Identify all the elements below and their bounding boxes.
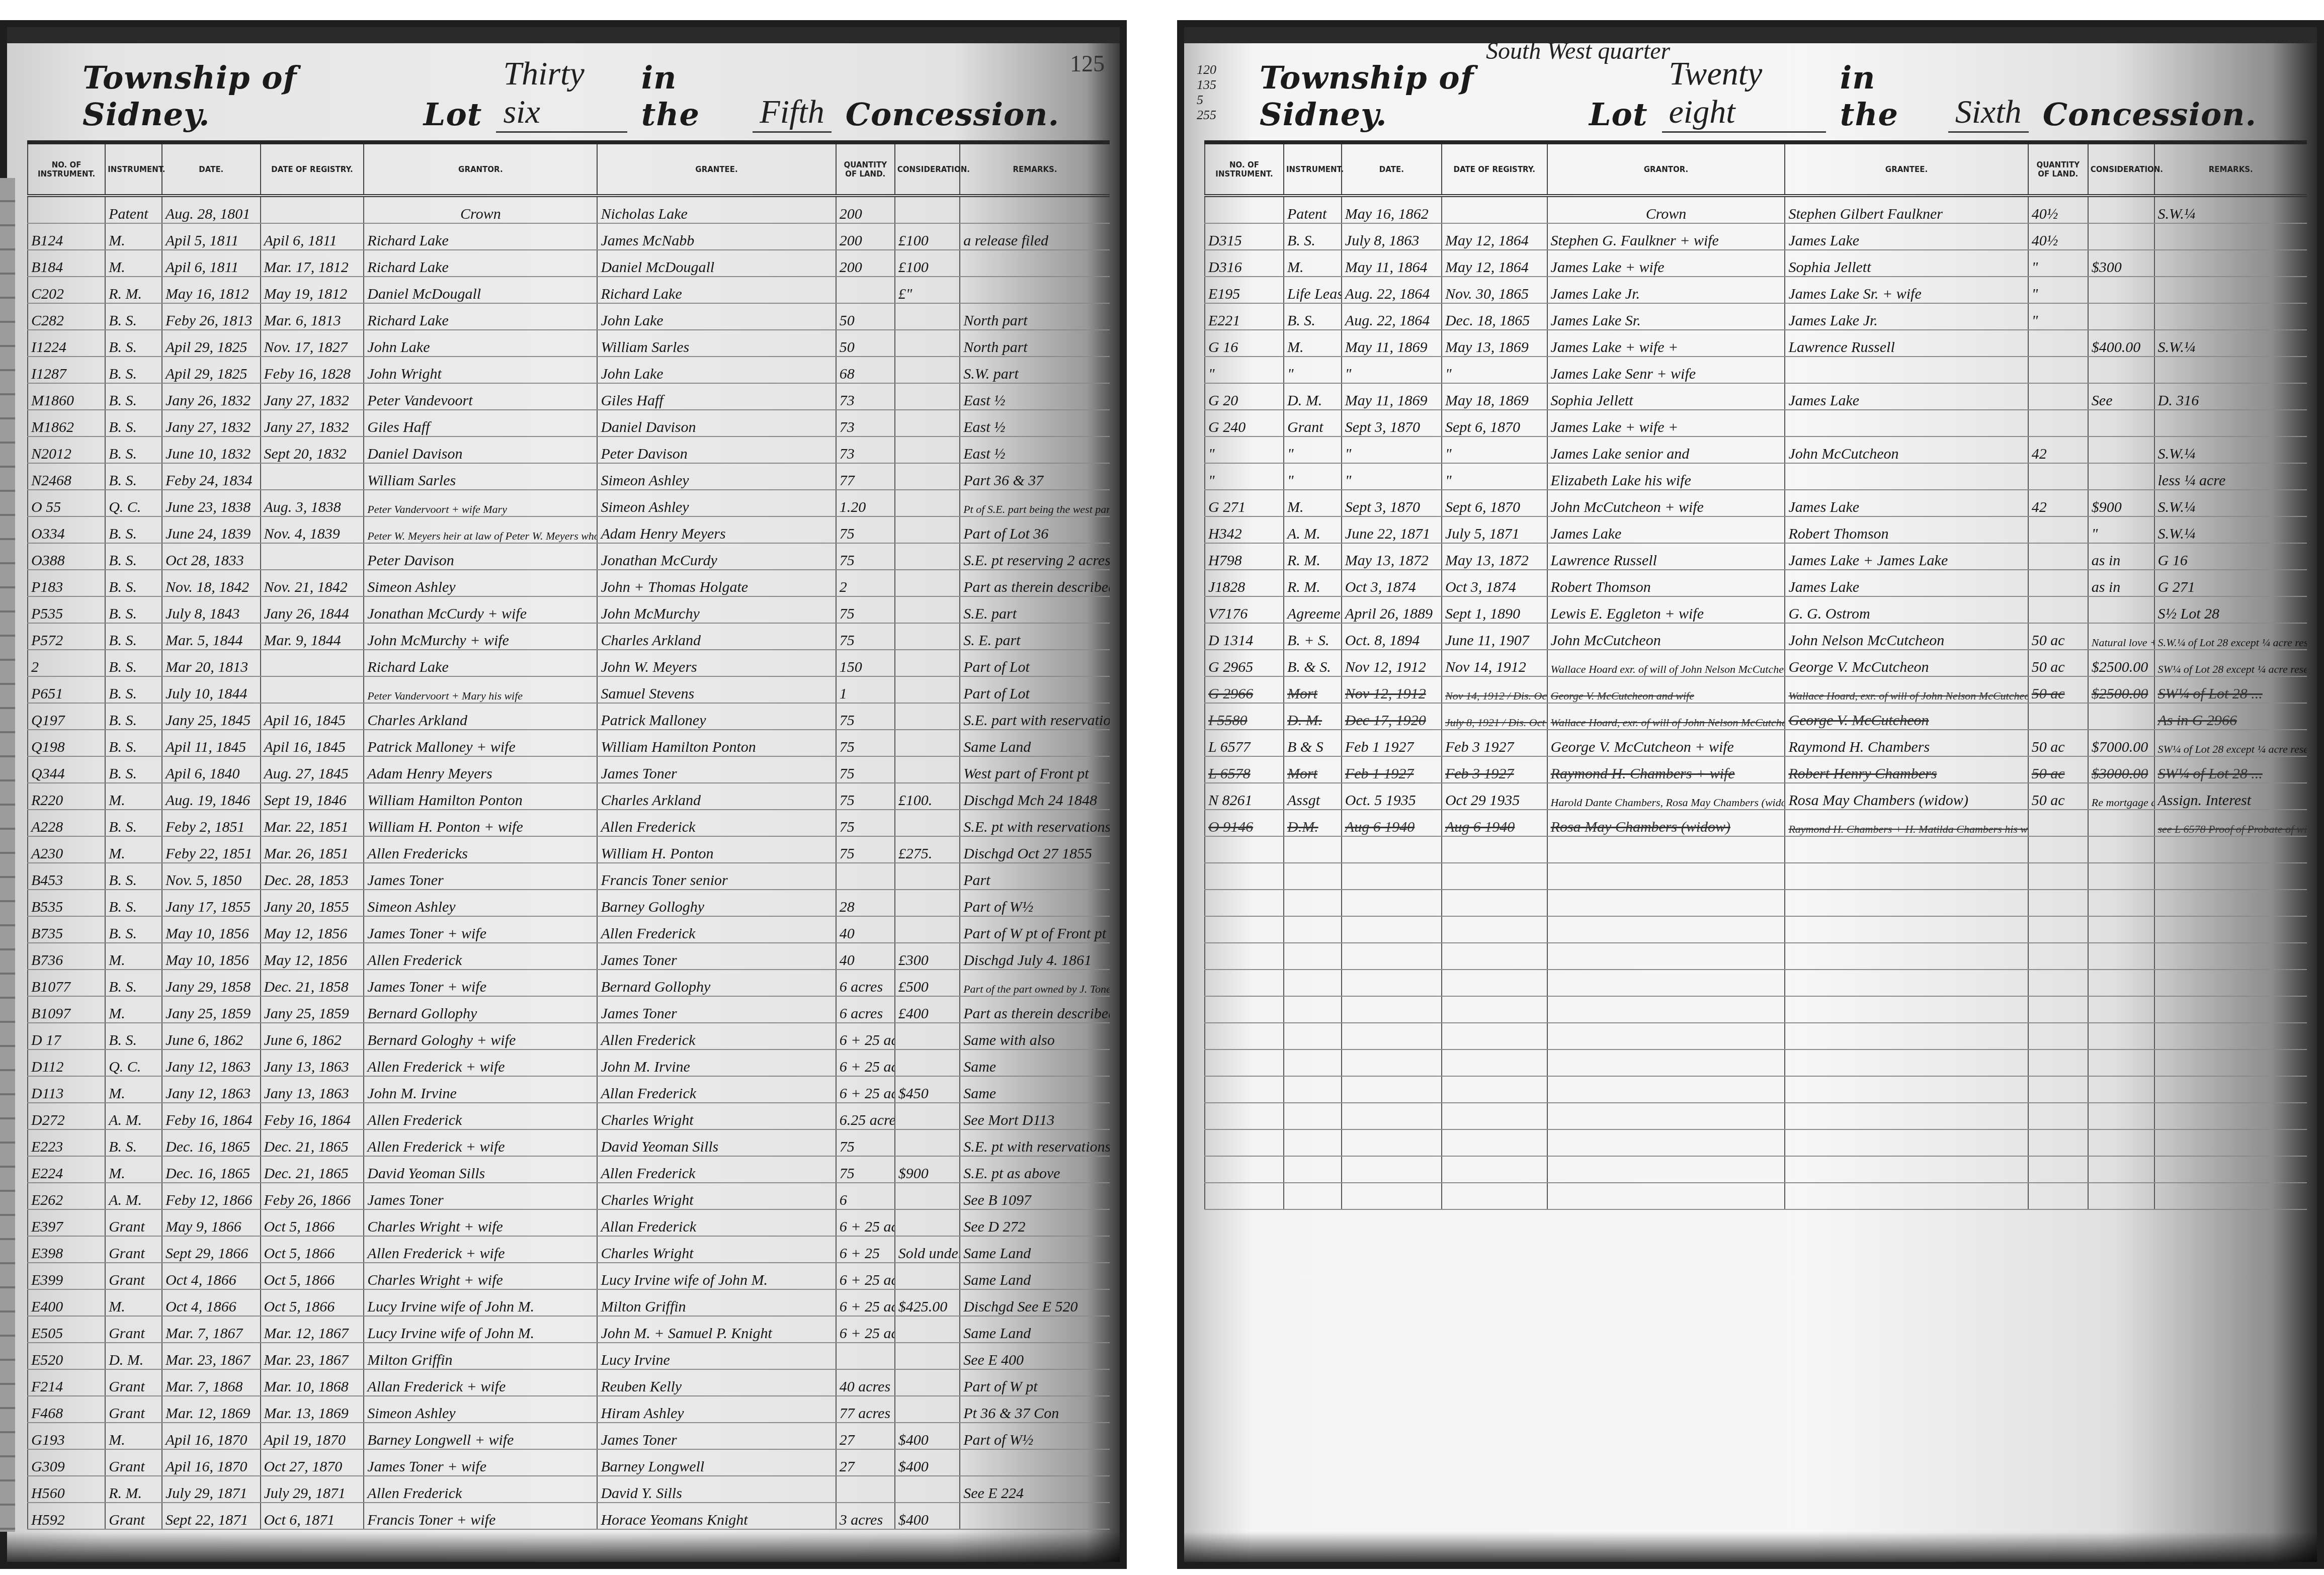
ledger-row: M1860B. S.Jany 26, 1832Jany 27, 1832Pete…	[28, 383, 1110, 410]
cell-remarks: SW¼ of Lot 28 except ¼ acre reserved by …	[2154, 730, 2307, 756]
cell-grantee: Peter Davison	[597, 436, 836, 463]
cell-date: Apil 29, 1825	[162, 330, 260, 357]
column-header-quantity: Quantity of Land.	[2028, 142, 2088, 196]
cell-quantity: 73	[836, 436, 895, 463]
cell-date: "	[1342, 463, 1442, 490]
lot-value: Twenty eight	[1662, 55, 1826, 133]
cell-grantee: James Toner	[597, 943, 836, 970]
cell-date: Jany 12, 1863	[162, 1076, 260, 1103]
cell-consideration: $400	[895, 1503, 960, 1529]
cell-grantor: Allen Frederick	[364, 1476, 597, 1503]
cell-consideration	[895, 303, 960, 330]
cell-instrument-type: "	[1284, 436, 1342, 463]
cell-instrument-number: E400	[28, 1289, 105, 1316]
empty-ledger-row	[1205, 996, 2307, 1023]
cell-instrument-number: B735	[28, 916, 105, 943]
cell-instrument-type: M.	[105, 1423, 162, 1449]
cell-registry-date: June 11, 1907	[1442, 623, 1547, 650]
cell-instrument-type: B. S.	[105, 383, 162, 410]
cell-instrument-number: O334	[28, 516, 105, 543]
cell-remarks: Pt 36 & 37 Con	[960, 1396, 1110, 1423]
cell-quantity: 6 + 25 acres	[836, 1289, 895, 1316]
ledger-page-right: South West quarter 1201355255 Township o…	[1177, 20, 2324, 1569]
cell-quantity	[2028, 383, 2088, 410]
cell-grantee: David Yeoman Sills	[597, 1129, 836, 1156]
cell-consideration: $2500.00	[2088, 676, 2154, 703]
cell-instrument-type: B. S.	[105, 650, 162, 676]
cell-quantity: 6 acres	[836, 996, 895, 1023]
cell-grantee: James Lake	[1785, 490, 2028, 516]
cell-grantee: Patrick Malloney	[597, 703, 836, 730]
cell-grantor: James Toner + wife	[364, 1449, 597, 1476]
ledger-row: A228B. S.Feby 2, 1851Mar. 22, 1851Willia…	[28, 810, 1110, 836]
cell-grantee: James Lake + James Lake	[1785, 543, 2028, 570]
cell-quantity: 50 ac	[2028, 623, 2088, 650]
cell-grantor: John McCutcheon	[1547, 623, 1785, 650]
ledger-row: D113M.Jany 12, 1863Jany 13, 1863John M. …	[28, 1076, 1110, 1103]
margin-number: 255	[1197, 108, 1216, 123]
cell-instrument-number: E221	[1205, 303, 1284, 330]
cell-grantee: James McNabb	[597, 223, 836, 250]
cell-consideration: £100.	[895, 783, 960, 810]
cell-date: Oct 28, 1833	[162, 543, 260, 570]
cell-remarks: SW¼ of Lot 28 ...	[2154, 756, 2307, 783]
cell-remarks: see L 6578 Proof of Probate of will of R…	[2154, 810, 2307, 836]
cell-grantor: Charles Wright + wife	[364, 1263, 597, 1289]
cell-grantee: James Lake Jr.	[1785, 303, 2028, 330]
cell-consideration	[2088, 357, 2154, 383]
cell-registry-date: Jany 27, 1832	[261, 410, 364, 436]
cell-grantee: Bernard Gollophy	[597, 970, 836, 996]
cell-consideration	[895, 1183, 960, 1209]
column-header-consideration: Consideration.	[895, 142, 960, 196]
ledger-row: B184M.Apil 6, 1811Mar. 17, 1812Richard L…	[28, 250, 1110, 277]
cell-date: Mar. 7, 1868	[162, 1369, 260, 1396]
cell-date: Jany 29, 1858	[162, 970, 260, 996]
cell-consideration	[895, 330, 960, 357]
cell-grantee: Adam Henry Meyers	[597, 516, 836, 543]
cell-remarks: Part 36 & 37	[960, 463, 1110, 490]
cell-instrument-type: A. M.	[1284, 516, 1342, 543]
cell-date: Mar 20, 1813	[162, 650, 260, 676]
cell-consideration: $900	[2088, 490, 2154, 516]
cell-grantor: James Lake Senr + wife	[1547, 357, 1785, 383]
cell-quantity: 42	[2028, 436, 2088, 463]
cell-grantor: William H. Ponton + wife	[364, 810, 597, 836]
cell-instrument-type: Life Lease	[1284, 277, 1342, 303]
in-the-label: in the	[1840, 59, 1934, 133]
cell-consideration	[895, 1396, 960, 1423]
cell-consideration: See	[2088, 383, 2154, 410]
cell-quantity	[836, 277, 895, 303]
cell-grantee: Daniel McDougall	[597, 250, 836, 277]
cell-grantor: Patrick Malloney + wife	[364, 730, 597, 756]
cell-registry-date: Nov 14, 1912	[1442, 650, 1547, 676]
cell-grantee	[1785, 357, 2028, 383]
ledger-row: P651B. S.July 10, 1844Peter Vandervoort …	[28, 676, 1110, 703]
cell-consideration: as in	[2088, 543, 2154, 570]
cell-instrument-type: M.	[1284, 330, 1342, 357]
cell-consideration	[895, 357, 960, 383]
ledger-row: E397GrantMay 9, 1866Oct 5, 1866Charles W…	[28, 1209, 1110, 1236]
cell-instrument-number: B1077	[28, 970, 105, 996]
concession-label: Concession.	[2043, 96, 2257, 133]
ledger-row: G 20D. M.May 11, 1869May 18, 1869Sophia …	[1205, 383, 2307, 410]
page-top-shadow	[7, 27, 1120, 43]
cell-grantee: Simeon Ashley	[597, 463, 836, 490]
cell-grantor: Francis Toner + wife	[364, 1503, 597, 1529]
cell-instrument-type: Assgt	[1284, 783, 1342, 810]
cell-date: Apil 29, 1825	[162, 357, 260, 383]
cell-registry-date: Nov. 21, 1842	[261, 570, 364, 596]
cell-grantor: Raymond H. Chambers + wife	[1547, 756, 1785, 783]
cell-quantity: 6 + 25 acres	[836, 1263, 895, 1289]
ledger-row: G 271M.Sept 3, 1870Sept 6, 1870John McCu…	[1205, 490, 2307, 516]
cell-date: Oct. 5 1935	[1342, 783, 1442, 810]
cell-instrument-number: P651	[28, 676, 105, 703]
cell-instrument-number: E505	[28, 1316, 105, 1343]
cell-grantor: James Lake Sr.	[1547, 303, 1785, 330]
cell-date: Nov 12, 1912	[1342, 676, 1442, 703]
cell-registry-date: Mar. 12, 1867	[261, 1316, 364, 1343]
cell-remarks: Part of W pt	[960, 1369, 1110, 1396]
cell-registry-date	[261, 543, 364, 570]
cell-consideration	[895, 1476, 960, 1503]
ledger-row: Q198B. S.Apil 11, 1845Apil 16, 1845Patri…	[28, 730, 1110, 756]
concession-value: Fifth	[753, 93, 831, 133]
cell-remarks	[960, 277, 1110, 303]
cell-consideration: £275.	[895, 836, 960, 863]
cell-instrument-type: R. M.	[1284, 543, 1342, 570]
cell-grantee: Lawrence Russell	[1785, 330, 2028, 357]
cell-remarks: G 271	[2154, 570, 2307, 596]
concession-value: Sixth	[1948, 93, 2029, 133]
page-bottom-shadow	[7, 1532, 1120, 1562]
ledger-row: N2468B. S.Feby 24, 1834William SarlesSim…	[28, 463, 1110, 490]
cell-grantor: James Toner	[364, 863, 597, 890]
cell-instrument-type: B. S.	[105, 863, 162, 890]
cell-instrument-number: I 5580	[1205, 703, 1284, 730]
cell-date: Apil 11, 1845	[162, 730, 260, 756]
cell-instrument-number	[28, 196, 105, 223]
empty-ledger-row	[1205, 836, 2307, 863]
cell-grantee: William H. Ponton	[597, 836, 836, 863]
cell-grantee: Wallace Hoard, exr. of will of John Nels…	[1785, 676, 2028, 703]
cell-remarks: See Mort D113	[960, 1103, 1110, 1129]
cell-instrument-type: B. S.	[105, 543, 162, 570]
cell-instrument-number: H342	[1205, 516, 1284, 543]
cell-remarks: SW¼ of Lot 28 except ¼ acre reserved by …	[2154, 650, 2307, 676]
column-header-instrument-type: Instrument.	[1284, 142, 1342, 196]
cell-grantee: Raymond H. Chambers	[1785, 730, 2028, 756]
cell-instrument-type: B. S.	[105, 970, 162, 996]
column-header-quantity: Quantity of Land.	[836, 142, 895, 196]
cell-registry-date: Dec. 18, 1865	[1442, 303, 1547, 330]
cell-quantity: 50 ac	[2028, 730, 2088, 756]
cell-remarks	[2154, 303, 2307, 330]
column-header-grantee: Grantee.	[597, 142, 836, 196]
cell-grantee: John + Thomas Holgate	[597, 570, 836, 596]
cell-grantee: John M. + Samuel P. Knight	[597, 1316, 836, 1343]
ledger-row: """"James Lake Senr + wife	[1205, 357, 2307, 383]
cell-quantity: 75	[836, 836, 895, 863]
ledger-row: P535B. S.July 8, 1843Jany 26, 1844Jonath…	[28, 596, 1110, 623]
cell-quantity: "	[2028, 277, 2088, 303]
ledger-row: H592GrantSept 22, 1871Oct 6, 1871Francis…	[28, 1503, 1110, 1529]
cell-quantity: 6 + 25 acres	[836, 1316, 895, 1343]
ledger-row: Q197B. S.Jany 25, 1845Apil 16, 1845Charl…	[28, 703, 1110, 730]
cell-remarks: Dischgd See E 520	[960, 1289, 1110, 1316]
cell-grantor: Crown	[364, 196, 597, 223]
cell-instrument-type: B. S.	[105, 357, 162, 383]
ledger-row: E399GrantOct 4, 1866Oct 5, 1866Charles W…	[28, 1263, 1110, 1289]
cell-instrument-number: H798	[1205, 543, 1284, 570]
cell-grantor: Lucy Irvine wife of John M.	[364, 1289, 597, 1316]
cell-grantee: John McCutcheon	[1785, 436, 2028, 463]
cell-date: May 11, 1869	[1342, 330, 1442, 357]
cell-consideration	[2088, 810, 2154, 836]
cell-date: Aug. 28, 1801	[162, 196, 260, 223]
cell-instrument-type: Grant	[105, 1236, 162, 1263]
township-label: Township of Sidney.	[82, 59, 409, 133]
cell-instrument-type: R. M.	[105, 277, 162, 303]
cell-consideration	[895, 756, 960, 783]
cell-remarks: Pt of S.E. part being the west part of t…	[960, 490, 1110, 516]
cell-quantity: 200	[836, 196, 895, 223]
cell-instrument-number: N2012	[28, 436, 105, 463]
cell-instrument-type: Patent	[1284, 196, 1342, 223]
cell-grantee: John Lake	[597, 303, 836, 330]
cell-registry-date: Oct 27, 1870	[261, 1449, 364, 1476]
cell-instrument-type: B. S.	[105, 330, 162, 357]
cell-grantor: Bernard Gologhy + wife	[364, 1023, 597, 1049]
cell-quantity: 200	[836, 223, 895, 250]
cell-instrument-type: M.	[105, 250, 162, 277]
empty-ledger-row	[1205, 890, 2307, 916]
ledger-row: P183B. S.Nov. 18, 1842Nov. 21, 1842Simeo…	[28, 570, 1110, 596]
cell-instrument-number: F468	[28, 1396, 105, 1423]
cell-date: June 24, 1839	[162, 516, 260, 543]
cell-grantee: Robert Henry Chambers	[1785, 756, 2028, 783]
cell-consideration: $900	[895, 1156, 960, 1183]
cell-grantor: Peter Vandervoort + wife Mary	[364, 490, 597, 516]
cell-quantity: 77 acres	[836, 1396, 895, 1423]
cell-instrument-number: O 9146	[1205, 810, 1284, 836]
cell-grantee: Allen Frederick	[597, 810, 836, 836]
ledger-row: D272A. M.Feby 16, 1864Feby 16, 1864Allen…	[28, 1103, 1110, 1129]
cell-grantee: G. G. Ostrom	[1785, 596, 2028, 623]
cell-quantity: 75	[836, 783, 895, 810]
cell-registry-date: "	[1442, 357, 1547, 383]
ledger-row: B735B. S.May 10, 1856May 12, 1856James T…	[28, 916, 1110, 943]
cell-consideration	[895, 703, 960, 730]
cell-grantee: Jonathan McCurdy	[597, 543, 836, 570]
cell-registry-date: Mar. 9, 1844	[261, 623, 364, 650]
cell-consideration: £400	[895, 996, 960, 1023]
cell-instrument-number: N 8261	[1205, 783, 1284, 810]
cell-instrument-number: M1860	[28, 383, 105, 410]
cell-grantee: Richard Lake	[597, 277, 836, 303]
cell-grantor: Peter Vandevoort	[364, 383, 597, 410]
cell-date: July 29, 1871	[162, 1476, 260, 1503]
cell-grantee: William Hamilton Ponton	[597, 730, 836, 756]
cell-quantity: 75	[836, 543, 895, 570]
ledger-row: C282B. S.Feby 26, 1813Mar. 6, 1813Richar…	[28, 303, 1110, 330]
cell-quantity: 40½	[2028, 223, 2088, 250]
cell-consideration: as in	[2088, 570, 2154, 596]
cell-consideration	[895, 1263, 960, 1289]
cell-date: May 10, 1856	[162, 916, 260, 943]
cell-quantity: 40	[836, 916, 895, 943]
ledger-row: B736M.May 10, 1856May 12, 1856Allen Fred…	[28, 943, 1110, 970]
cell-registry-date: May 12, 1864	[1442, 250, 1547, 277]
cell-grantor: Simeon Ashley	[364, 570, 597, 596]
cell-registry-date: Jany 13, 1863	[261, 1076, 364, 1103]
cell-instrument-type: B. + S.	[1284, 623, 1342, 650]
cell-grantor: John McMurchy + wife	[364, 623, 597, 650]
empty-ledger-row	[1205, 1103, 2307, 1129]
cell-registry-date: Feby 16, 1864	[261, 1103, 364, 1129]
cell-grantor: Allan Frederick + wife	[364, 1369, 597, 1396]
cell-grantor: Peter Davison	[364, 543, 597, 570]
cell-consideration	[895, 730, 960, 756]
cell-instrument-number: Q198	[28, 730, 105, 756]
cell-consideration	[2088, 703, 2154, 730]
cell-remarks	[2154, 250, 2307, 277]
ledger-row: V7176AgreementApril 26, 1889Sept 1, 1890…	[1205, 596, 2307, 623]
cell-consideration	[2088, 463, 2154, 490]
cell-grantor: Lucy Irvine wife of John M.	[364, 1316, 597, 1343]
cell-consideration	[895, 570, 960, 596]
cell-instrument-type: M.	[105, 836, 162, 863]
cell-quantity: 68	[836, 357, 895, 383]
cell-instrument-type: B. S.	[105, 1023, 162, 1049]
cell-instrument-type: M.	[105, 1156, 162, 1183]
column-header-instrument-number: No. of Instrument.	[1205, 142, 1284, 196]
cell-date: Jany 25, 1845	[162, 703, 260, 730]
ledger-row: J1828R. M.Oct 3, 1874Oct 3, 1874Robert T…	[1205, 570, 2307, 596]
cell-grantor: James Toner + wife	[364, 970, 597, 996]
cell-grantor: James Toner + wife	[364, 916, 597, 943]
cell-remarks: North part	[960, 330, 1110, 357]
cell-date: June 22, 1871	[1342, 516, 1442, 543]
cell-instrument-type: B. S.	[105, 1129, 162, 1156]
cell-registry-date: Oct 5, 1866	[261, 1263, 364, 1289]
cell-quantity: "	[2028, 250, 2088, 277]
cell-date: Jany 25, 1859	[162, 996, 260, 1023]
ledger-row: A230M.Feby 22, 1851Mar. 26, 1851Allen Fr…	[28, 836, 1110, 863]
cell-grantor: Jonathan McCurdy + wife	[364, 596, 597, 623]
cell-registry-date: Mar. 17, 1812	[261, 250, 364, 277]
cell-quantity: 6 + 25 acres	[836, 1076, 895, 1103]
cell-consideration	[895, 596, 960, 623]
cell-consideration: $7000.00	[2088, 730, 2154, 756]
ledger-row: PatentMay 16, 1862CrownStephen Gilbert F…	[1205, 196, 2307, 223]
cell-quantity: 50 ac	[2028, 756, 2088, 783]
cell-instrument-type: Agreement	[1284, 596, 1342, 623]
cell-grantee: George V. McCutcheon	[1785, 703, 2028, 730]
cell-registry-date: Mar. 13, 1869	[261, 1396, 364, 1423]
cell-instrument-type: B. S.	[105, 676, 162, 703]
cell-date: Dec. 16, 1865	[162, 1156, 260, 1183]
cell-date: May 9, 1866	[162, 1209, 260, 1236]
cell-instrument-number: D272	[28, 1103, 105, 1129]
cell-consideration: Natural love + affection + $1.00	[2088, 623, 2154, 650]
cell-grantee: James Lake	[1785, 383, 2028, 410]
cell-quantity: 200	[836, 250, 895, 277]
cell-quantity: "	[2028, 303, 2088, 330]
cell-consideration	[2088, 223, 2154, 250]
cell-registry-date: Dec. 21, 1858	[261, 970, 364, 996]
cell-quantity: 75	[836, 596, 895, 623]
cell-instrument-type: B. S.	[1284, 303, 1342, 330]
cell-remarks: Same Land	[960, 1236, 1110, 1263]
cell-quantity: 1.20	[836, 490, 895, 516]
cell-date: Feb 1 1927	[1342, 756, 1442, 783]
cell-registry-date	[261, 196, 364, 223]
cell-remarks: S.W. part	[960, 357, 1110, 383]
cell-instrument-type: B. S.	[105, 703, 162, 730]
cell-remarks: Part of the part owned by J. Toner	[960, 970, 1110, 996]
margin-number: 5	[1197, 93, 1216, 108]
cell-consideration	[895, 410, 960, 436]
cell-date: "	[1342, 357, 1442, 383]
cell-consideration	[895, 863, 960, 890]
cell-grantor: Allen Frederick + wife	[364, 1049, 597, 1076]
ledger-row: E221B. S.Aug. 22, 1864Dec. 18, 1865James…	[1205, 303, 2307, 330]
cell-date: Dec. 16, 1865	[162, 1129, 260, 1156]
cell-registry-date: "	[1442, 463, 1547, 490]
cell-instrument-number: E397	[28, 1209, 105, 1236]
ledger-row: O334B. S.June 24, 1839Nov. 4, 1839Peter …	[28, 516, 1110, 543]
cell-remarks: As in G 2966	[2154, 703, 2307, 730]
cell-grantor: Daniel Davison	[364, 436, 597, 463]
cell-instrument-number: B736	[28, 943, 105, 970]
cell-instrument-number: C282	[28, 303, 105, 330]
ledger-row: G 2966MortNov 12, 1912Nov 14, 1912 / Dis…	[1205, 676, 2307, 703]
cell-registry-date: Dec. 21, 1865	[261, 1129, 364, 1156]
cell-quantity: 1	[836, 676, 895, 703]
cell-registry-date: Oct 5, 1866	[261, 1289, 364, 1316]
cell-instrument-number: G193	[28, 1423, 105, 1449]
cell-consideration	[895, 1049, 960, 1076]
ledger-row: F468GrantMar. 12, 1869Mar. 13, 1869Simeo…	[28, 1396, 1110, 1423]
cell-grantor: Richard Lake	[364, 303, 597, 330]
cell-instrument-number: E262	[28, 1183, 105, 1209]
cell-quantity: 2	[836, 570, 895, 596]
cell-date: Aug 6 1940	[1342, 810, 1442, 836]
ledger-row: M1862B. S.Jany 27, 1832Jany 27, 1832Gile…	[28, 410, 1110, 436]
cell-remarks: G 16	[2154, 543, 2307, 570]
cell-remarks: See D 272	[960, 1209, 1110, 1236]
cell-instrument-type: M.	[105, 1076, 162, 1103]
cell-remarks: S.W.¼	[2154, 516, 2307, 543]
cell-grantor: Wallace Hoard, exr. of will of John Nels…	[1547, 703, 1785, 730]
cell-date: Nov 12, 1912	[1342, 650, 1442, 676]
cell-grantor: Stephen G. Faulkner + wife	[1547, 223, 1785, 250]
ledger-table-left: No. of Instrument.Instrument.Date.Date o…	[27, 140, 1110, 1530]
cell-remarks: North part	[960, 303, 1110, 330]
ledger-row: E398GrantSept 29, 1866Oct 5, 1866Allen F…	[28, 1236, 1110, 1263]
column-header-instrument-number: No. of Instrument.	[28, 142, 105, 196]
ledger-page-left: 125 Township of Sidney. Lot Thirty six i…	[0, 20, 1127, 1569]
page-top-shadow	[1184, 27, 2317, 43]
ledger-row: E195Life LeaseAug. 22, 1864Nov. 30, 1865…	[1205, 277, 2307, 303]
cell-grantor: Allen Frederick + wife	[364, 1129, 597, 1156]
cell-quantity: 27	[836, 1423, 895, 1449]
cell-date: Mar. 7, 1867	[162, 1316, 260, 1343]
cell-grantor: Barney Longwell + wife	[364, 1423, 597, 1449]
